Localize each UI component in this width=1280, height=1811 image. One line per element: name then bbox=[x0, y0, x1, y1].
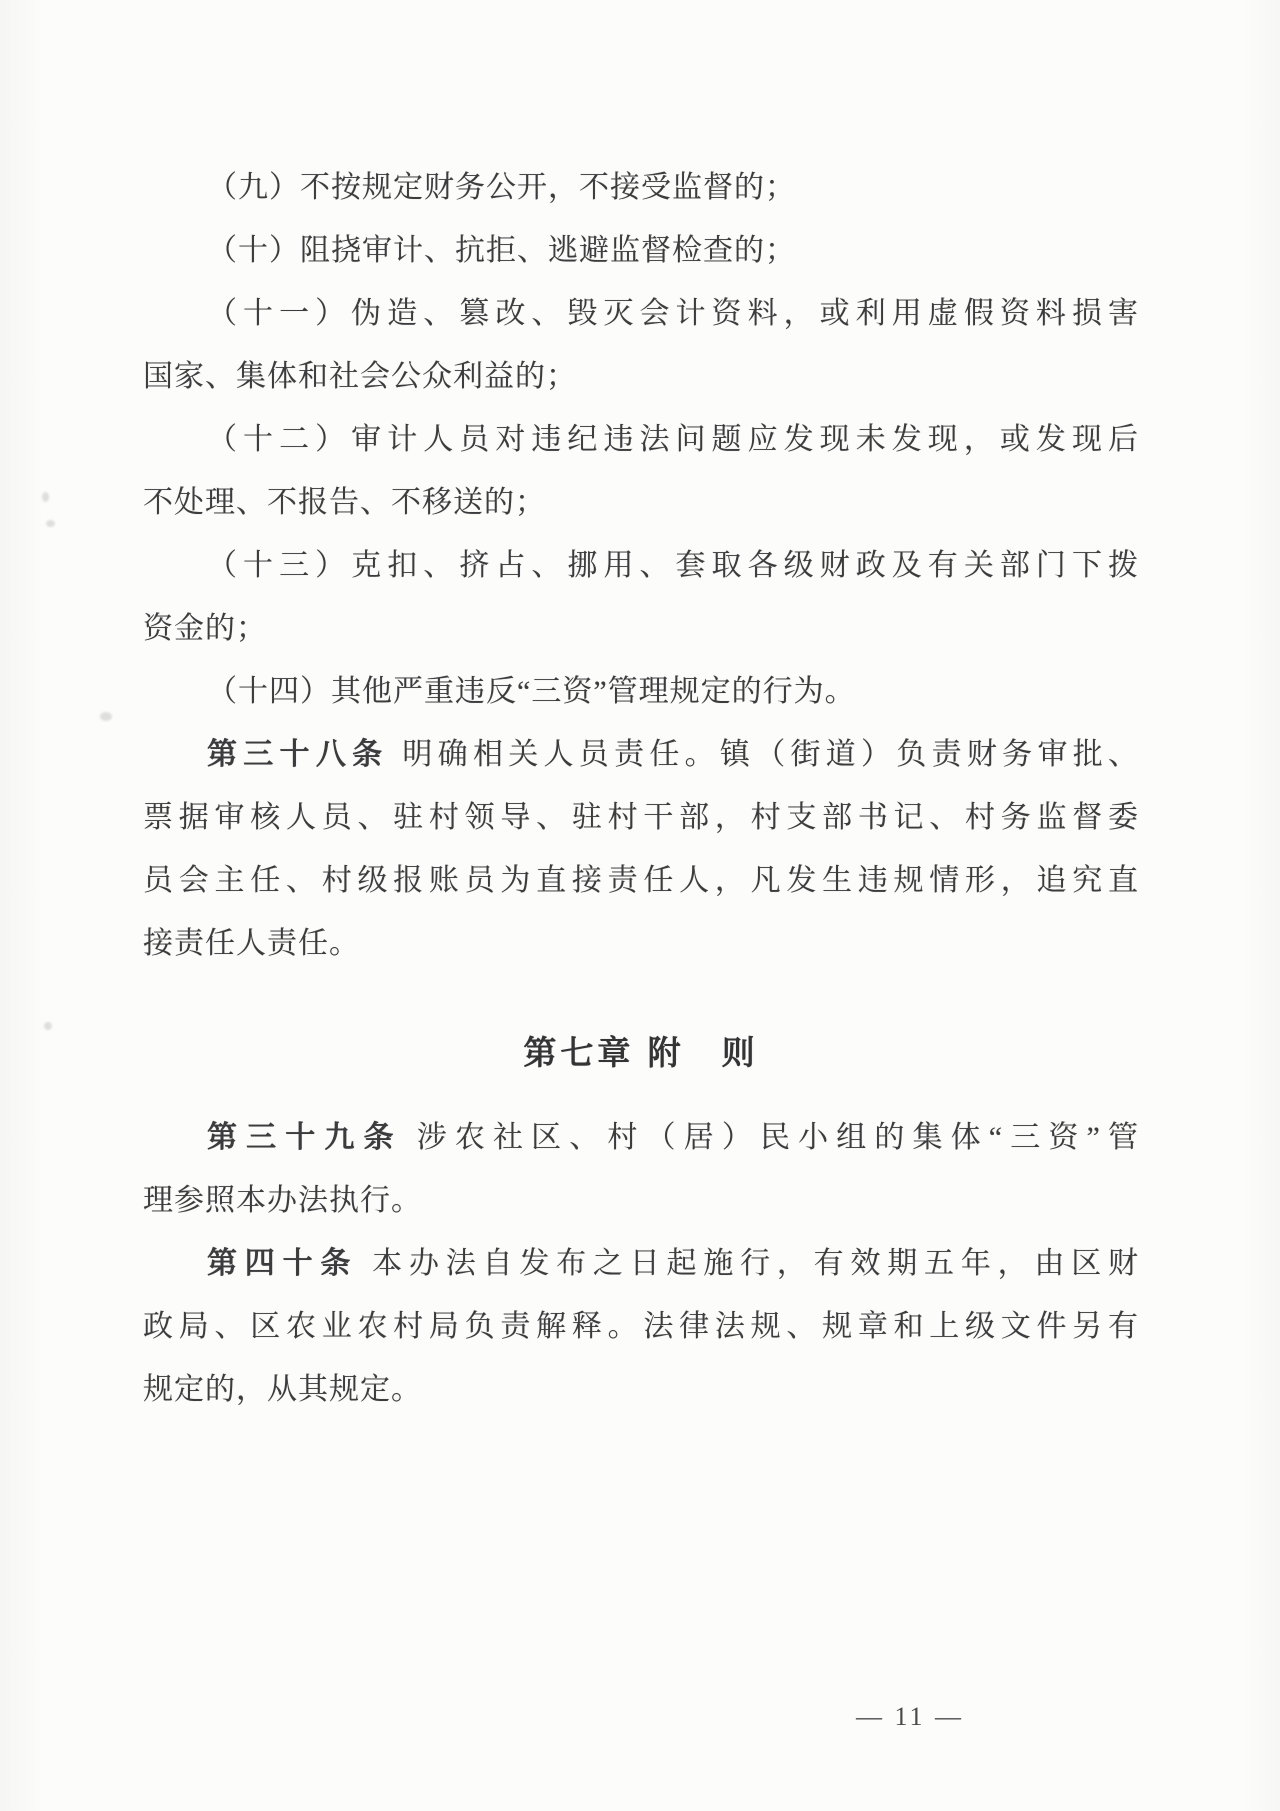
line-text: 本办法自发布之日起施行，有效期五年，由区财 bbox=[372, 1247, 1139, 1280]
line-text: 不处理、不报告、不移送的； bbox=[143, 486, 546, 519]
scan-artifact bbox=[100, 712, 112, 721]
doc-line: 票据审核人员、驻村领导、驻村干部，村支部书记、村务监督委 bbox=[143, 786, 1139, 849]
doc-line: （十）阻挠审计、抗拒、逃避监督检查的； bbox=[143, 219, 1139, 282]
doc-line: （十四）其他严重违反“三资”管理规定的行为。 bbox=[143, 660, 1139, 723]
doc-line: 第三十八条明确相关人员责任。镇（街道）负责财务审批、 bbox=[143, 723, 1139, 786]
line-text: 员会主任、村级报账员为直接责任人，凡发生违规情形，追究直 bbox=[143, 864, 1139, 897]
doc-line: 不处理、不报告、不移送的； bbox=[143, 471, 1139, 534]
scan-artifact bbox=[42, 492, 49, 502]
line-text: 涉农社区、村（居）民小组的集体“三资”管 bbox=[417, 1121, 1139, 1154]
doc-line: 政局、区农业农村局负责解释。法律法规、规章和上级文件另有 bbox=[143, 1295, 1139, 1358]
line-text: （十三）克扣、挤占、挪用、套取各级财政及有关部门下拨 bbox=[207, 549, 1139, 582]
line-text: 国家、集体和社会公众利益的； bbox=[143, 360, 577, 393]
page-number: — 11 — bbox=[856, 1702, 964, 1732]
article-number: 第三十八条 bbox=[207, 738, 388, 771]
doc-line: （九）不按规定财务公开，不接受监督的； bbox=[143, 156, 1139, 219]
line-text: 票据审核人员、驻村领导、驻村干部，村支部书记、村务监督委 bbox=[143, 801, 1139, 834]
line-text: 规定的，从其规定。 bbox=[143, 1373, 422, 1406]
doc-line: 员会主任、村级报账员为直接责任人，凡发生违规情形，追究直 bbox=[143, 849, 1139, 912]
scan-artifact bbox=[44, 1022, 52, 1030]
article-number: 第四十条 bbox=[207, 1247, 358, 1280]
doc-line: 资金的； bbox=[143, 597, 1139, 660]
doc-line: 第四十条本办法自发布之日起施行，有效期五年，由区财 bbox=[143, 1232, 1139, 1295]
doc-line: 理参照本办法执行。 bbox=[143, 1169, 1139, 1232]
doc-line: 规定的，从其规定。 bbox=[143, 1358, 1139, 1421]
line-text: 理参照本办法执行。 bbox=[143, 1184, 422, 1217]
line-text: 接责任人责任。 bbox=[143, 927, 360, 960]
doc-line: 接责任人责任。 bbox=[143, 912, 1139, 975]
doc-line: （十一）伪造、篡改、毁灭会计资料，或利用虚假资料损害 bbox=[143, 282, 1139, 345]
document-body: （九）不按规定财务公开，不接受监督的； （十）阻挠审计、抗拒、逃避监督检查的； … bbox=[143, 156, 1139, 1421]
line-text: （九）不按规定财务公开，不接受监督的； bbox=[207, 171, 796, 204]
doc-line: （十三）克扣、挤占、挪用、套取各级财政及有关部门下拨 bbox=[143, 534, 1139, 597]
doc-line: 第三十九条涉农社区、村（居）民小组的集体“三资”管 bbox=[143, 1106, 1139, 1169]
line-text: 明确相关人员责任。镇（街道）负责财务审批、 bbox=[402, 738, 1139, 771]
doc-line: 国家、集体和社会公众利益的； bbox=[143, 345, 1139, 408]
line-text: （十四）其他严重违反“三资”管理规定的行为。 bbox=[207, 675, 856, 708]
chapter-heading: 第七章 附 则 bbox=[143, 1021, 1139, 1084]
article-number: 第三十九条 bbox=[207, 1121, 403, 1154]
line-text: （十）阻挠审计、抗拒、逃避监督检查的； bbox=[207, 234, 796, 267]
doc-line: （十二）审计人员对违纪违法问题应发现未发现，或发现后 bbox=[143, 408, 1139, 471]
line-text: （十二）审计人员对违纪违法问题应发现未发现，或发现后 bbox=[207, 423, 1139, 456]
line-text: （十一）伪造、篡改、毁灭会计资料，或利用虚假资料损害 bbox=[207, 297, 1139, 330]
document-page: （九）不按规定财务公开，不接受监督的； （十）阻挠审计、抗拒、逃避监督检查的； … bbox=[0, 0, 1280, 1811]
line-text: 资金的； bbox=[143, 612, 267, 645]
scan-artifact bbox=[46, 520, 55, 527]
line-text: 政局、区农业农村局负责解释。法律法规、规章和上级文件另有 bbox=[143, 1310, 1139, 1343]
